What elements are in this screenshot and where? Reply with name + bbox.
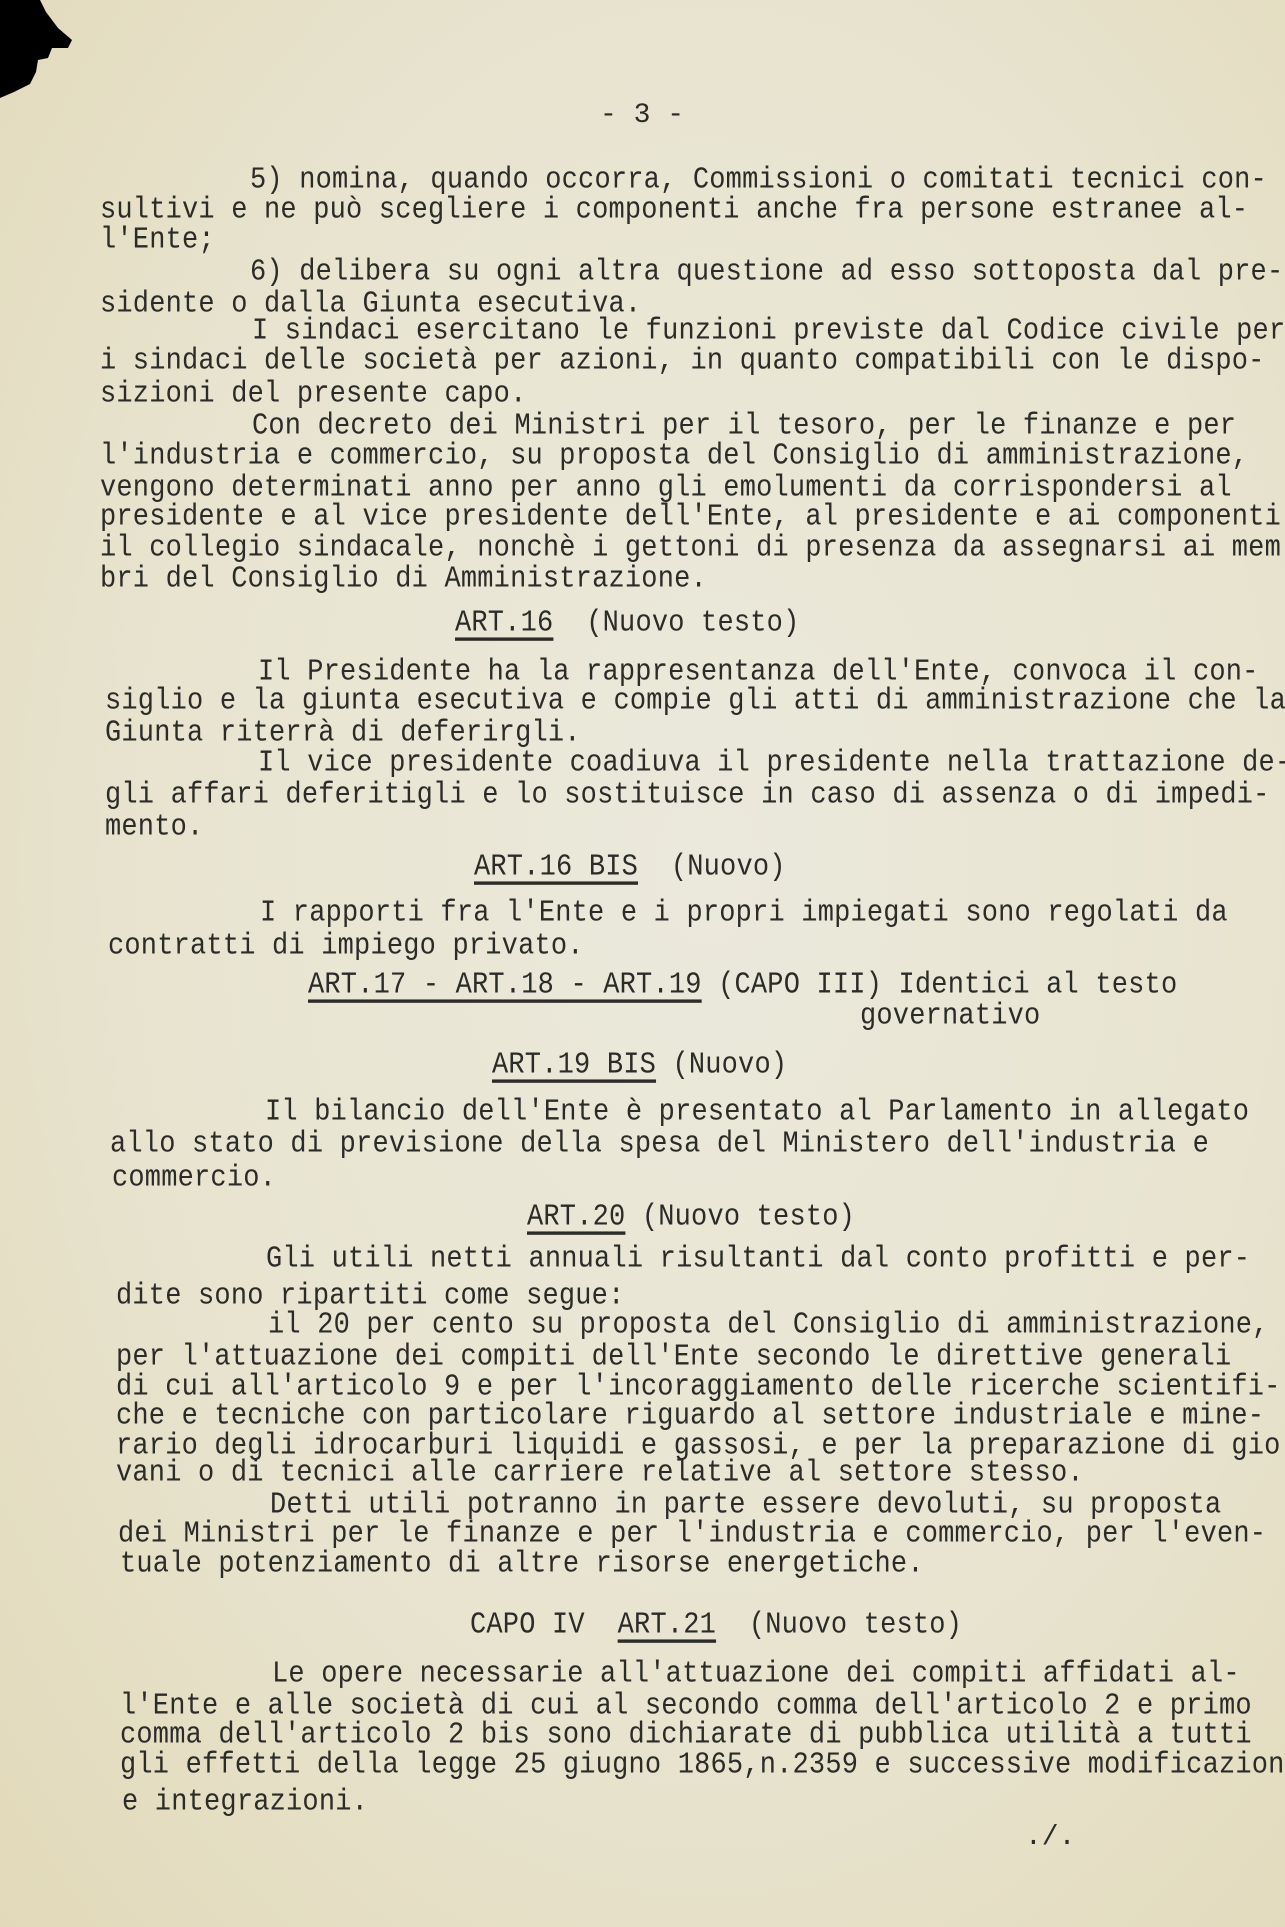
body-line: l'industria e commercio, su proposta del… bbox=[100, 440, 1248, 474]
body-line: dei Ministri per le finanze e per l'indu… bbox=[118, 1518, 1266, 1552]
body-line: commercio. bbox=[112, 1162, 276, 1196]
body-line: e integrazioni. bbox=[122, 1786, 368, 1820]
page-number: - 3 - bbox=[600, 100, 684, 131]
body-line: Con decreto dei Ministri per il tesoro, … bbox=[252, 410, 1236, 444]
body-line: gli effetti della legge 25 giugno 1865,n… bbox=[120, 1749, 1285, 1783]
body-line: comma dell'articolo 2 bis sono dichiarat… bbox=[120, 1719, 1252, 1753]
article-heading-art17-19: ART.17 - ART.18 - ART.19 (CAPO III) Iden… bbox=[308, 969, 1177, 1003]
article-heading-art19bis: ART.19 BIS (Nuovo) bbox=[492, 1049, 787, 1083]
torn-corner bbox=[0, 0, 72, 100]
article-note: (Nuovo) bbox=[671, 851, 786, 885]
body-line: i sindaci delle società per azioni, in q… bbox=[100, 345, 1265, 379]
body-line: Le opere necessarie all'attuazione dei c… bbox=[272, 1658, 1240, 1692]
body-line: 6) delibera su ogni altra questione ad e… bbox=[250, 256, 1283, 290]
article-note: (Nuovo) bbox=[672, 1049, 787, 1083]
article-note-continued: governativo bbox=[860, 1000, 1040, 1034]
body-line: vani o di tecnici alle carriere relative… bbox=[116, 1457, 1084, 1491]
body-line: sizioni del presente capo. bbox=[100, 378, 526, 412]
article-heading-art16bis: ART.16 BIS (Nuovo) bbox=[474, 851, 786, 885]
continuation-mark: ./. bbox=[1025, 1822, 1075, 1853]
article-number: ART.16 bbox=[455, 607, 553, 641]
body-line: tuale potenziamento di altre risorse ene… bbox=[120, 1548, 924, 1582]
body-line: I sindaci esercitano le funzioni previst… bbox=[252, 315, 1285, 349]
body-line: I rapporti fra l'Ente e i propri impiega… bbox=[260, 897, 1228, 931]
article-note: (Nuovo testo) bbox=[642, 1201, 855, 1235]
body-line: contratti di impiego privato. bbox=[108, 930, 584, 964]
article-note: (CAPO III) Identici al testo bbox=[718, 969, 1177, 1003]
body-line: Il vice presidente coadiuva il president… bbox=[258, 747, 1285, 781]
article-number: ART.19 BIS bbox=[492, 1049, 656, 1083]
body-line: presidente e al vice presidente dell'Ent… bbox=[100, 501, 1281, 535]
body-line: siglio e la giunta esecutiva e compie gl… bbox=[105, 685, 1285, 719]
article-note: (Nuovo testo) bbox=[749, 1609, 962, 1643]
body-line: mento. bbox=[105, 811, 203, 845]
body-line: Giunta riterrà di deferirgli. bbox=[105, 717, 581, 751]
article-heading-art16: ART.16 (Nuovo testo) bbox=[455, 607, 799, 641]
body-line: il 20 per cento su proposta del Consigli… bbox=[268, 1309, 1269, 1343]
body-line: 5) nomina, quando occorra, Commissioni o… bbox=[250, 164, 1267, 198]
body-line: Gli utili netti annuali risultanti dal c… bbox=[266, 1243, 1250, 1277]
article-number: ART.21 bbox=[618, 1609, 716, 1643]
body-line: allo stato di previsione della spesa del… bbox=[110, 1128, 1209, 1162]
article-number: ART.20 bbox=[527, 1201, 625, 1235]
body-line: che e tecniche con particolare riguardo … bbox=[116, 1400, 1264, 1434]
body-line: il collegio sindacale, nonchè i gettoni … bbox=[100, 532, 1285, 566]
body-line: bri del Consiglio di Amministrazione. bbox=[100, 563, 707, 597]
article-number: ART.16 BIS bbox=[474, 851, 638, 885]
body-line: sultivi e ne può scegliere i componenti … bbox=[100, 194, 1248, 228]
article-number: ART.17 - ART.18 - ART.19 bbox=[308, 969, 702, 1003]
article-note: (Nuovo testo) bbox=[586, 607, 799, 641]
body-line: per l'attuazione dei compiti dell'Ente s… bbox=[116, 1341, 1231, 1375]
body-line: l'Ente; bbox=[100, 224, 215, 258]
body-line: Il bilancio dell'Ente è presentato al Pa… bbox=[265, 1096, 1249, 1130]
article-heading-art21: CAPO IV ART.21 (Nuovo testo) bbox=[470, 1609, 962, 1643]
chapter-label: CAPO IV bbox=[470, 1609, 585, 1643]
article-heading-art20: ART.20 (Nuovo testo) bbox=[527, 1201, 855, 1235]
body-line: gli affari deferitigli e lo sostituisce … bbox=[105, 779, 1270, 813]
